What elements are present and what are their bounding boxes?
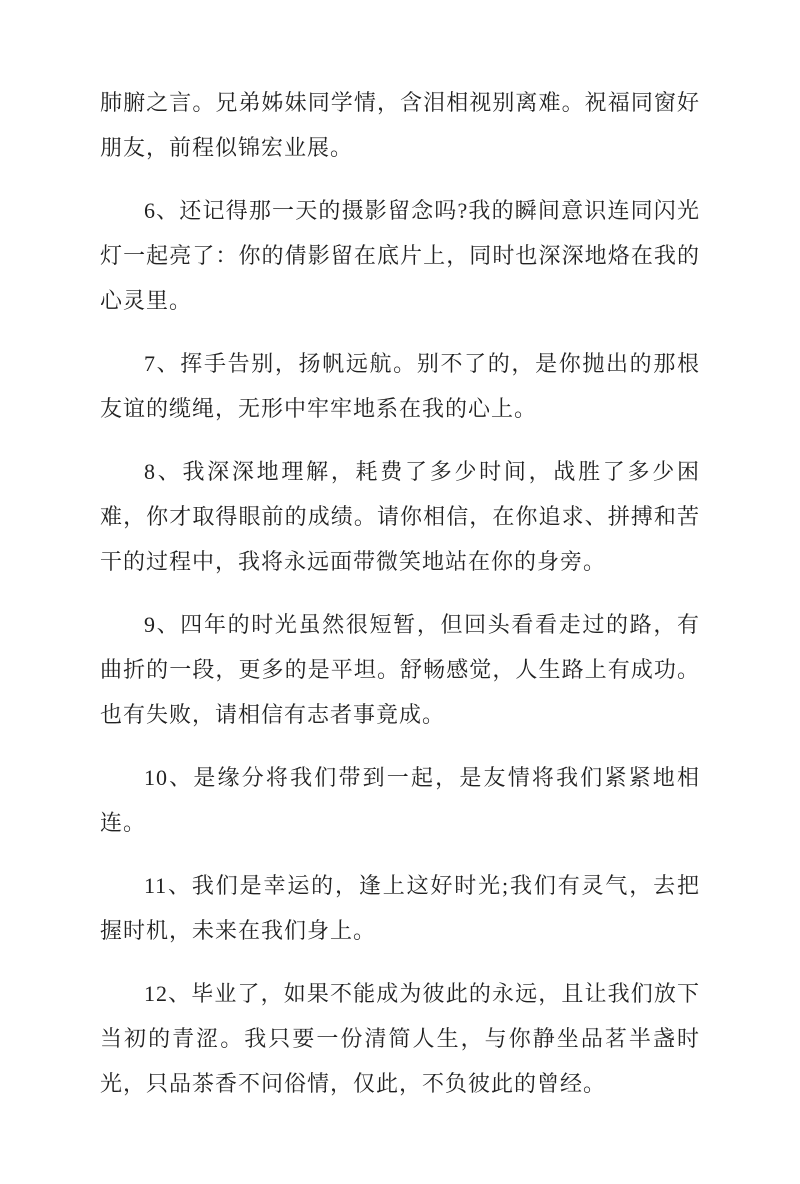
paragraph-continuation: 肺腑之言。兄弟姊妹同学情，含泪相视别离难。祝福同窗好朋友，前程似锦宏业展。 xyxy=(100,80,700,170)
paragraph-item-11: 11、我们是幸运的，逢上这好时光;我们有灵气，去把握时机，未来在我们身上。 xyxy=(100,863,700,953)
paragraph-item-6: 6、还记得那一天的摄影留念吗?我的瞬间意识连同闪光灯一起亮了：你的倩影留在底片上… xyxy=(100,188,700,323)
paragraph-item-7: 7、挥手告别，扬帆远航。别不了的，是你抛出的那根友谊的缆绳，无形中牢牢地系在我的… xyxy=(100,341,700,431)
paragraph-item-12: 12、毕业了，如果不能成为彼此的永远，且让我们放下当初的青涩。我只要一份清简人生… xyxy=(100,971,700,1106)
paragraph-item-10: 10、是缘分将我们带到一起，是友情将我们紧紧地相连。 xyxy=(100,755,700,845)
paragraph-item-9: 9、四年的时光虽然很短暂，但回头看看走过的路，有曲折的一段，更多的是平坦。舒畅感… xyxy=(100,602,700,737)
paragraph-item-8: 8、我深深地理解，耗费了多少时间，战胜了多少困难，你才取得眼前的成绩。请你相信，… xyxy=(100,449,700,584)
document-page: 肺腑之言。兄弟姊妹同学情，含泪相视别离难。祝福同窗好朋友，前程似锦宏业展。 6、… xyxy=(0,0,800,1184)
